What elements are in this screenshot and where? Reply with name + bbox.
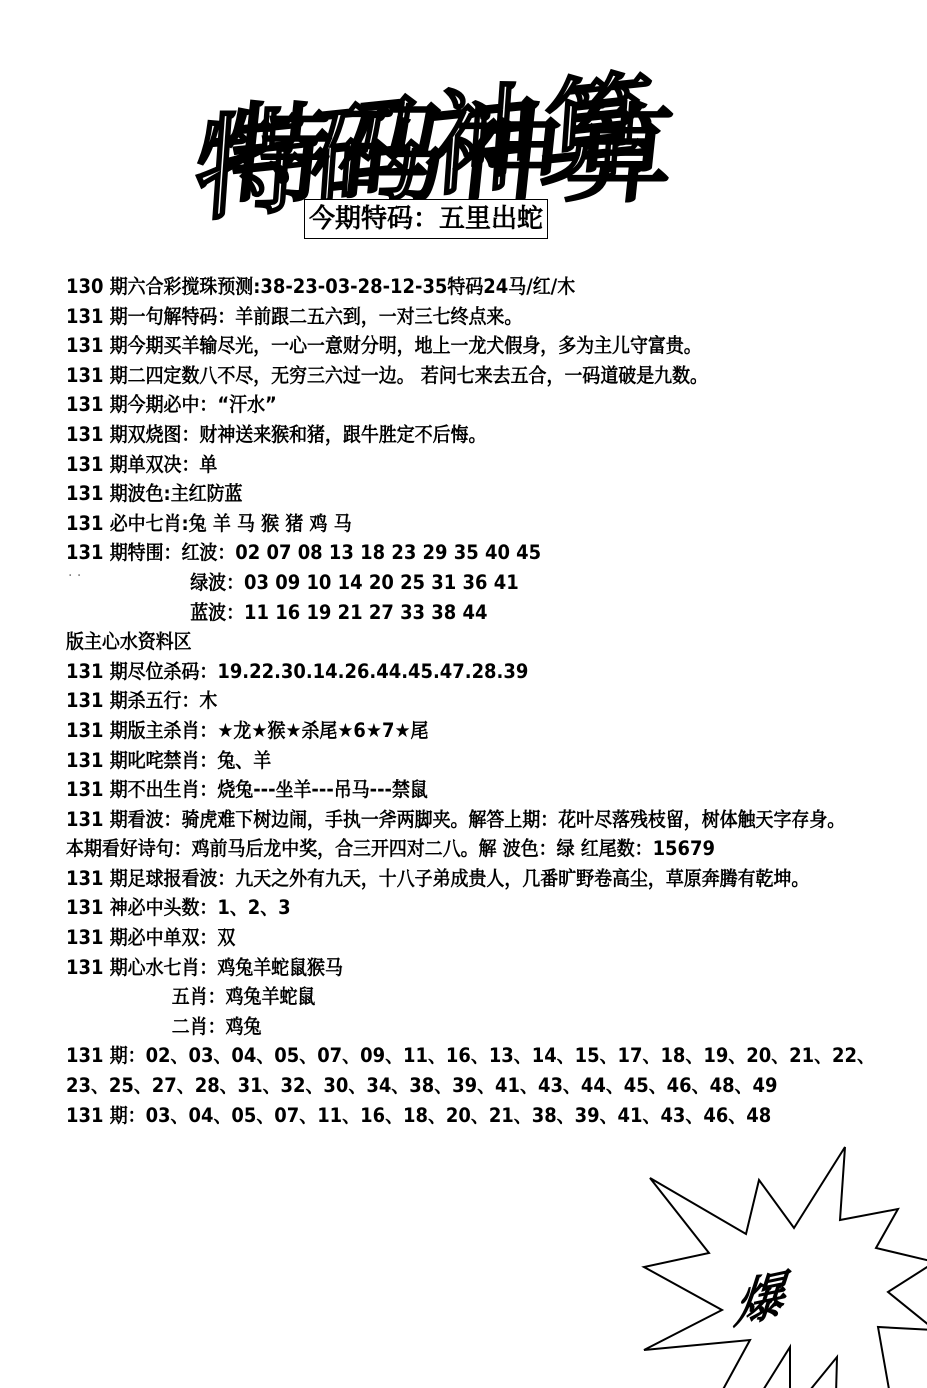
text-line: 131 期单双决：单 (66, 450, 830, 480)
five-picks: 五肖：鸡兔羊蛇鼠 (66, 982, 830, 1012)
text-line: 131 期波色:主红防蓝 (66, 479, 830, 509)
text-line: 131 期版主杀肖：★龙★猴★杀尾★6★7★尾 (66, 716, 830, 746)
text-line: 本期看好诗句：鸡前马后龙中奖，合三开四对二八。解 波色：绿 红尾数：15679 (66, 834, 830, 864)
text-line: 131 期一句解特码：羊前跟二五六到，一对三七终点来。 (66, 302, 830, 332)
number-list: 131 期：02、03、04、05、07、09、11、16、13、14、15、1… (66, 1041, 894, 1100)
special-range-label: 131 期特围： (66, 541, 181, 564)
text-line: 131 期心水七肖：鸡兔羊蛇鼠猴马 (66, 953, 830, 983)
text-line: 131 期看波：骑虎难下树边闹，手执一斧两脚夹。解答上期：花叶尽落残枝留，树体触… (66, 805, 894, 835)
two-picks: 二肖：鸡兔 (66, 1012, 830, 1042)
decorative-dots: · · (68, 568, 81, 584)
text-line: 131 神必中头数：1、2、3 (66, 893, 830, 923)
number-list: 131 期：03、04、05、07、11、16、18、20、21、38、39、4… (66, 1101, 830, 1131)
special-range-red: 131 期特围：红波：02 07 08 13 18 23 29 35 40 45 (66, 538, 830, 568)
text-line: 131 期叱咤禁肖：兔、羊 (66, 746, 830, 776)
section-title: 版主心水资料区 (66, 627, 830, 657)
text-line: 131 期必中单双：双 (66, 923, 830, 953)
text-line: 131 期尽位杀码：19.22.30.14.26.44.45.47.28.39 (66, 657, 830, 687)
red-wave: 红波：02 07 08 13 18 23 29 35 40 45 (181, 541, 541, 564)
text-line: 131 期不出生肖：烧兔---坐羊---吊马---禁鼠 (66, 775, 830, 805)
text-line: 131 期二四定数八不尽，无穷三六过一边。 若问七来去五合，一码道破是九数。 (66, 361, 830, 391)
text-line: 131 期今期买羊输尽光，一心一意财分明，地上一龙犬假身，多为主儿守富贵。 (66, 331, 830, 361)
text-line: 131 期杀五行：木 (66, 686, 830, 716)
text-line: 131 必中七肖:兔 羊 马 猴 猪 鸡 马 (66, 509, 830, 539)
text-line: 131 期今期必中：“汗水” (66, 390, 830, 420)
burst-text: 爆 (732, 1253, 789, 1339)
title-logo: 特码神算 特码神算 (195, 58, 675, 208)
banner-special-code: 今期特码：五里出蛇 (304, 199, 548, 239)
text-line: 130 期六合彩搅珠预测:38-23-03-28-12-35特码24马/红/木 (66, 272, 830, 302)
content-body: 130 期六合彩搅珠预测:38-23-03-28-12-35特码24马/红/木 … (66, 272, 896, 1130)
text-line: 131 期双烧图：财神送来猴和猪，跟牛胜定不后悔。 (66, 420, 830, 450)
special-range-green: 绿波：03 09 10 14 20 25 31 36 41 (66, 568, 830, 598)
text-line: 131 期足球报看波：九天之外有九天，十八子弟成贵人，几番旷野卷高尘，草原奔腾有… (66, 864, 894, 894)
special-range-blue: 蓝波：11 16 19 21 27 33 38 44 (66, 598, 830, 628)
